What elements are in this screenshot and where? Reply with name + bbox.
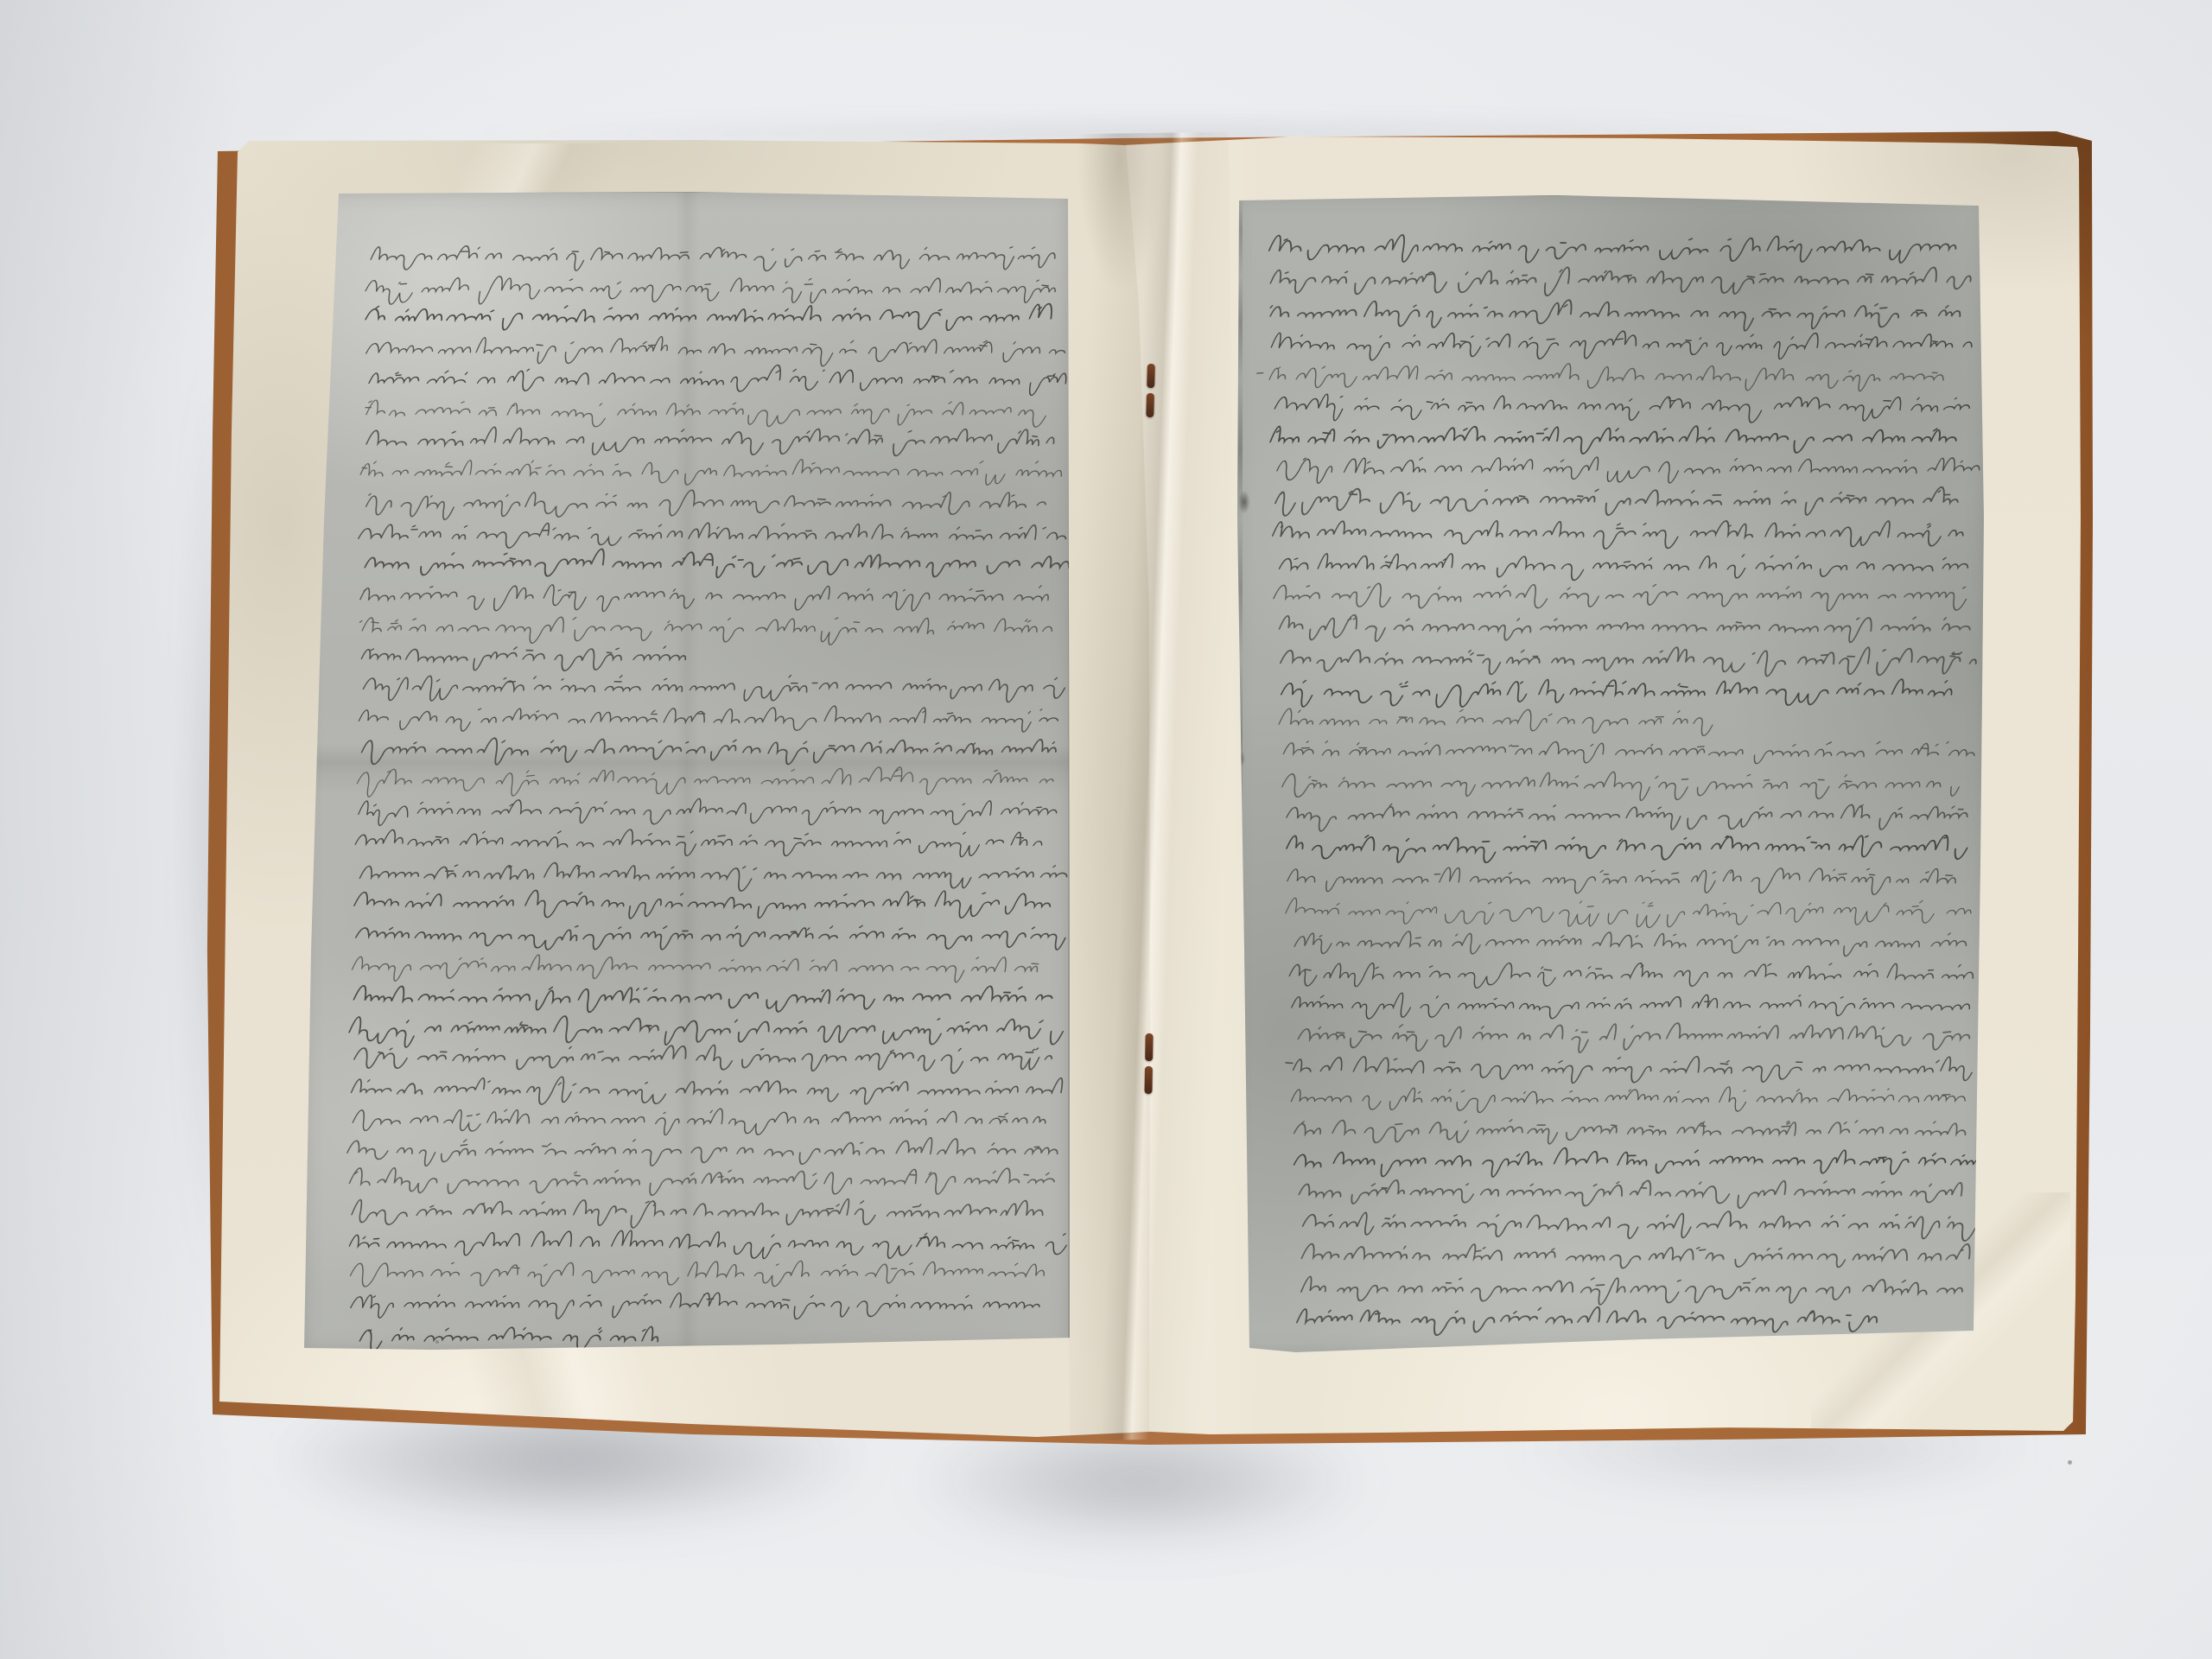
- left-page: [216, 135, 1151, 1441]
- dust-speck: [2068, 1460, 2072, 1465]
- photo-of-open-booklet: [0, 0, 2212, 1659]
- ink-smudge: [1236, 486, 1252, 518]
- facsimile-torn-edge: [1232, 194, 1243, 1354]
- handwriting-lines-left: [302, 191, 1070, 1352]
- right-facsimile-print: [1232, 194, 1986, 1354]
- dust-speck: [435, 1340, 439, 1344]
- staple-top-icon: [1146, 364, 1155, 423]
- left-facsimile-print: [302, 191, 1070, 1352]
- staple-bottom-icon: [1144, 1033, 1153, 1099]
- ink-smudge: [1235, 747, 1247, 770]
- right-page: [1033, 130, 2089, 1443]
- handwriting-lines-right: [1232, 194, 1986, 1354]
